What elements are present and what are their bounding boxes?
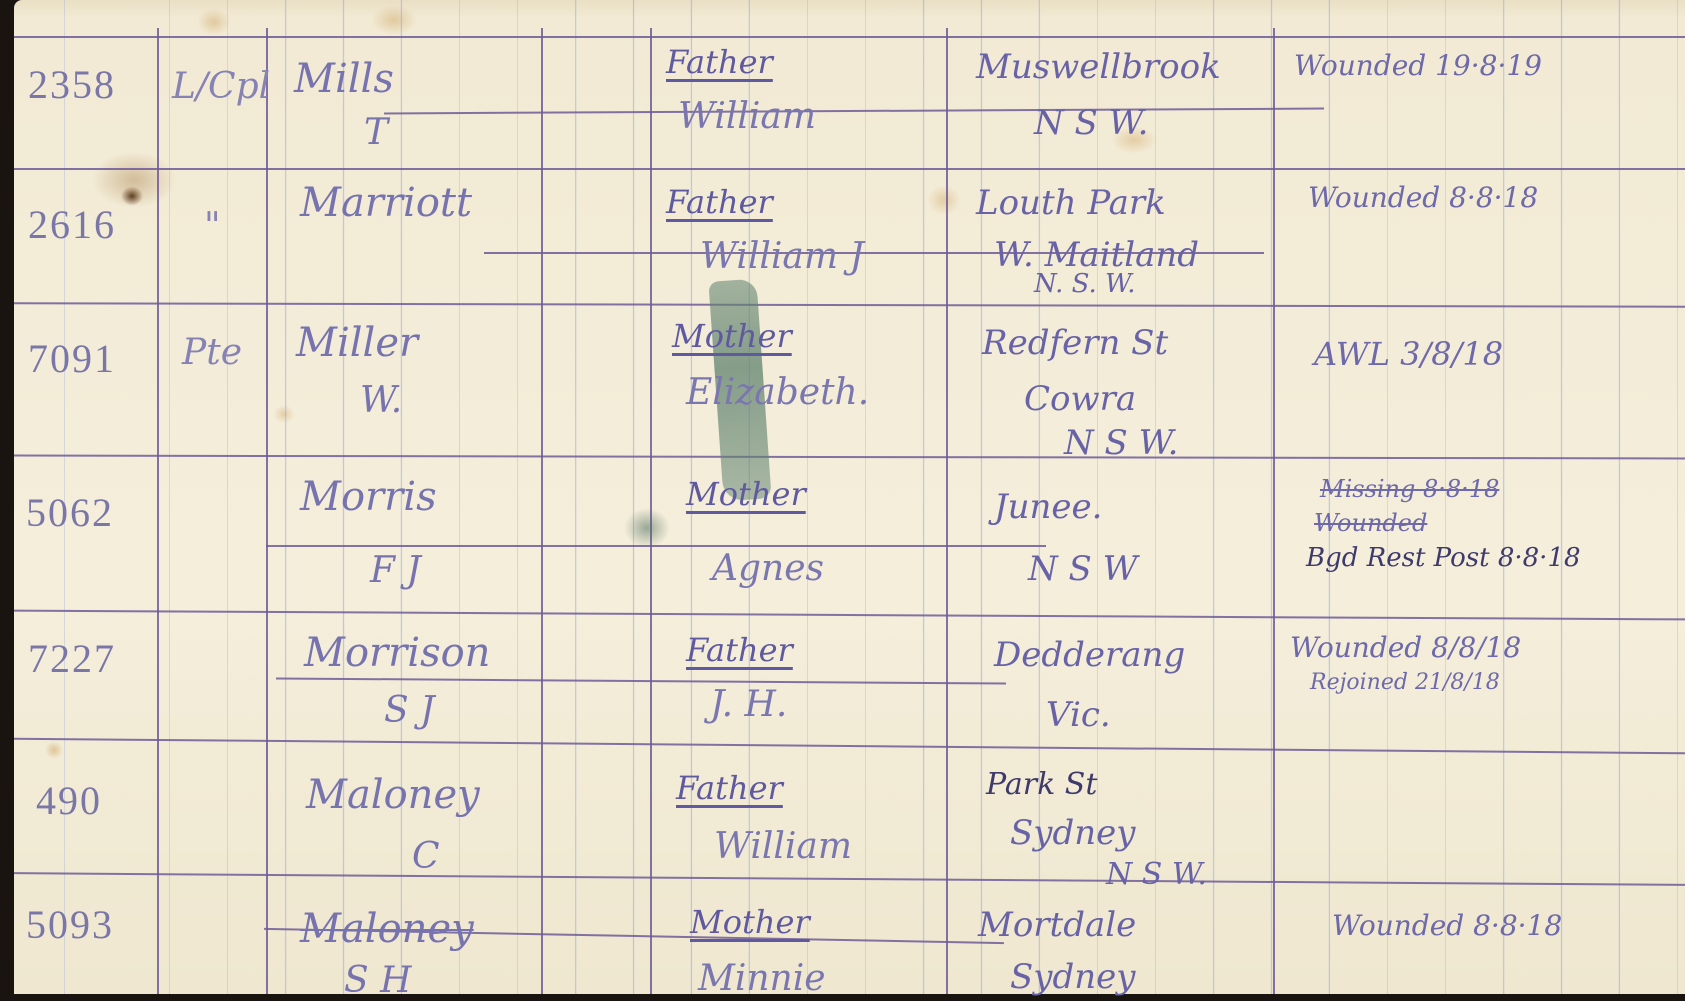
remark: Rejoined 21/8/18 — [1310, 670, 1500, 695]
remark: Bgd Rest Post 8·8·18 — [1306, 544, 1581, 574]
address-line: Louth Park — [976, 184, 1166, 223]
next-of-kin-relation: Mother — [690, 904, 810, 941]
next-of-kin-name: Minnie — [698, 958, 826, 994]
next-of-kin-relation: Father — [666, 184, 773, 221]
rank: L/Cpl — [172, 66, 270, 107]
next-of-kin-relation: Father — [676, 770, 783, 807]
rank: " — [204, 206, 221, 247]
next-of-kin-name: William — [678, 96, 816, 137]
surname: Morrison — [304, 630, 490, 676]
regimental-number: 2616 — [28, 202, 116, 248]
address-line: N S W. — [1106, 858, 1207, 893]
remark: Wounded 8·8·18 — [1332, 910, 1562, 942]
address-line: Junee. — [994, 488, 1102, 527]
regimental-number: 7091 — [28, 336, 116, 382]
address-line: Mortdale — [978, 906, 1136, 945]
remark: AWL 3/8/18 — [1314, 336, 1503, 373]
rank: Pte — [182, 332, 242, 373]
regimental-number: 5062 — [26, 490, 114, 536]
initials: T — [364, 112, 388, 153]
next-of-kin-name: William — [714, 826, 852, 867]
remark: Wounded 8·8·18 — [1308, 182, 1538, 214]
surname: Marriott — [300, 180, 472, 226]
next-of-kin-relation: Mother — [672, 318, 792, 355]
next-of-kin-name: Agnes — [712, 548, 824, 589]
regimental-number: 7227 — [28, 636, 116, 682]
initials: W. — [360, 380, 402, 421]
initials: F J — [370, 550, 421, 591]
address-line: Dedderang — [994, 636, 1185, 675]
surname: Miller — [296, 320, 418, 366]
next-of-kin-relation: Mother — [686, 476, 806, 513]
next-of-kin-name: William J — [700, 236, 864, 277]
regimental-number: 490 — [36, 778, 102, 824]
initials: S H — [344, 960, 412, 994]
next-of-kin-relation: Father — [666, 44, 773, 81]
address-line: N S W — [1028, 550, 1138, 589]
initials: S J — [384, 690, 435, 731]
next-of-kin-relation: Father — [686, 632, 793, 669]
address-line: Muswellbrook — [976, 48, 1221, 87]
ledger-table: 2358 L/Cpl Mills T Father William Muswel… — [14, 0, 1685, 994]
initials: C — [412, 836, 440, 877]
address-line: N S W. — [1064, 424, 1178, 463]
address-line: Redfern St — [982, 324, 1168, 363]
remark-struck: Missing 8·8·18 — [1320, 476, 1499, 504]
address-line: Sydney — [1010, 958, 1136, 994]
address-line: Vic. — [1046, 696, 1111, 735]
regimental-number: 2358 — [28, 62, 116, 108]
surname: Morris — [300, 474, 437, 520]
ledger-page: 2358 L/Cpl Mills T Father William Muswel… — [14, 0, 1685, 994]
next-of-kin-name: J. H. — [710, 684, 787, 725]
address-line: Cowra — [1024, 380, 1136, 419]
surname: Maloney — [300, 906, 474, 952]
regimental-number: 5093 — [26, 902, 114, 948]
next-of-kin-name: Elizabeth. — [686, 372, 869, 413]
address-line: Park St — [986, 768, 1097, 803]
remark-struck: Wounded — [1314, 510, 1427, 538]
surname: Maloney — [306, 772, 480, 818]
surname: Mills — [294, 56, 394, 102]
remark: Wounded 8/8/18 — [1290, 632, 1521, 664]
remark: Wounded 19·8·19 — [1294, 50, 1542, 82]
address-line: Sydney — [1010, 814, 1136, 853]
address-line: N. S. W. — [1034, 270, 1135, 300]
address-line: N S W. — [1034, 104, 1148, 143]
